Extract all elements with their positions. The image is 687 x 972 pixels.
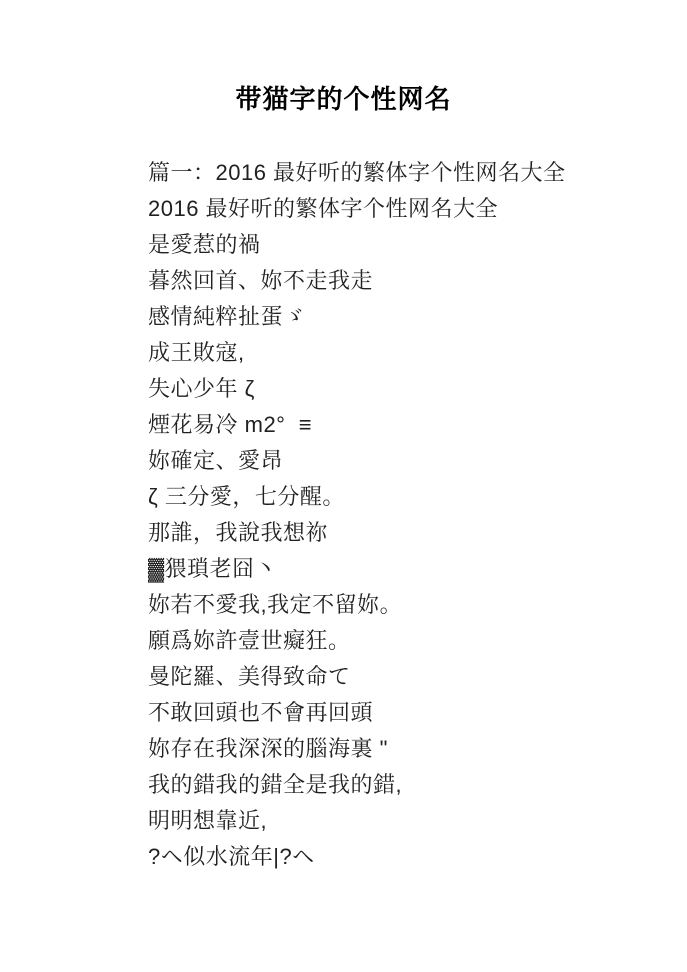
text-line: 2016 最好听的繁体字个性网名大全 [148, 191, 647, 227]
text-line: 篇一：2016 最好听的繁体字个性网名大全 [148, 155, 647, 191]
text-line: 曼陀羅、美得致命て [148, 659, 647, 695]
text-line: 願爲妳許壹世癡狂。 [148, 623, 647, 659]
text-line: 暮然回首、妳不走我走 [148, 263, 647, 299]
text-line: 不敢回頭也不會再回頭 [148, 695, 647, 731]
text-line: 煙花易冷 m2° ≡ [148, 407, 647, 443]
text-line: 是愛惹的禍 [148, 227, 647, 263]
text-line: 那誰，我說我想祢 [148, 515, 647, 551]
text-line: 我的錯我的錯全是我的錯, [148, 767, 647, 803]
text-line: 明明想靠近, [148, 803, 647, 839]
document-body: 篇一：2016 最好听的繁体字个性网名大全 2016 最好听的繁体字个性网名大全… [148, 155, 647, 875]
page-title: 带猫字的个性网名 [0, 0, 687, 113]
text-line: ζ 三分愛，七分醒。 [148, 479, 647, 515]
text-line: 妳確定、愛昂 [148, 443, 647, 479]
text-line: 妳存在我深深的腦海裏 " [148, 731, 647, 767]
text-line: 失心少年 ζ [148, 371, 647, 407]
text-line: ?ヘ似水流年|?ヘ [148, 839, 647, 875]
text-line: ▓猥瑣老囧丶 [148, 551, 647, 587]
text-line: 妳若不愛我,我定不留妳。 [148, 587, 647, 623]
text-line: 感情純粹扯蛋ゞ [148, 299, 647, 335]
document-page: 带猫字的个性网名 篇一：2016 最好听的繁体字个性网名大全 2016 最好听的… [0, 0, 687, 972]
text-line: 成王敗寇, [148, 335, 647, 371]
